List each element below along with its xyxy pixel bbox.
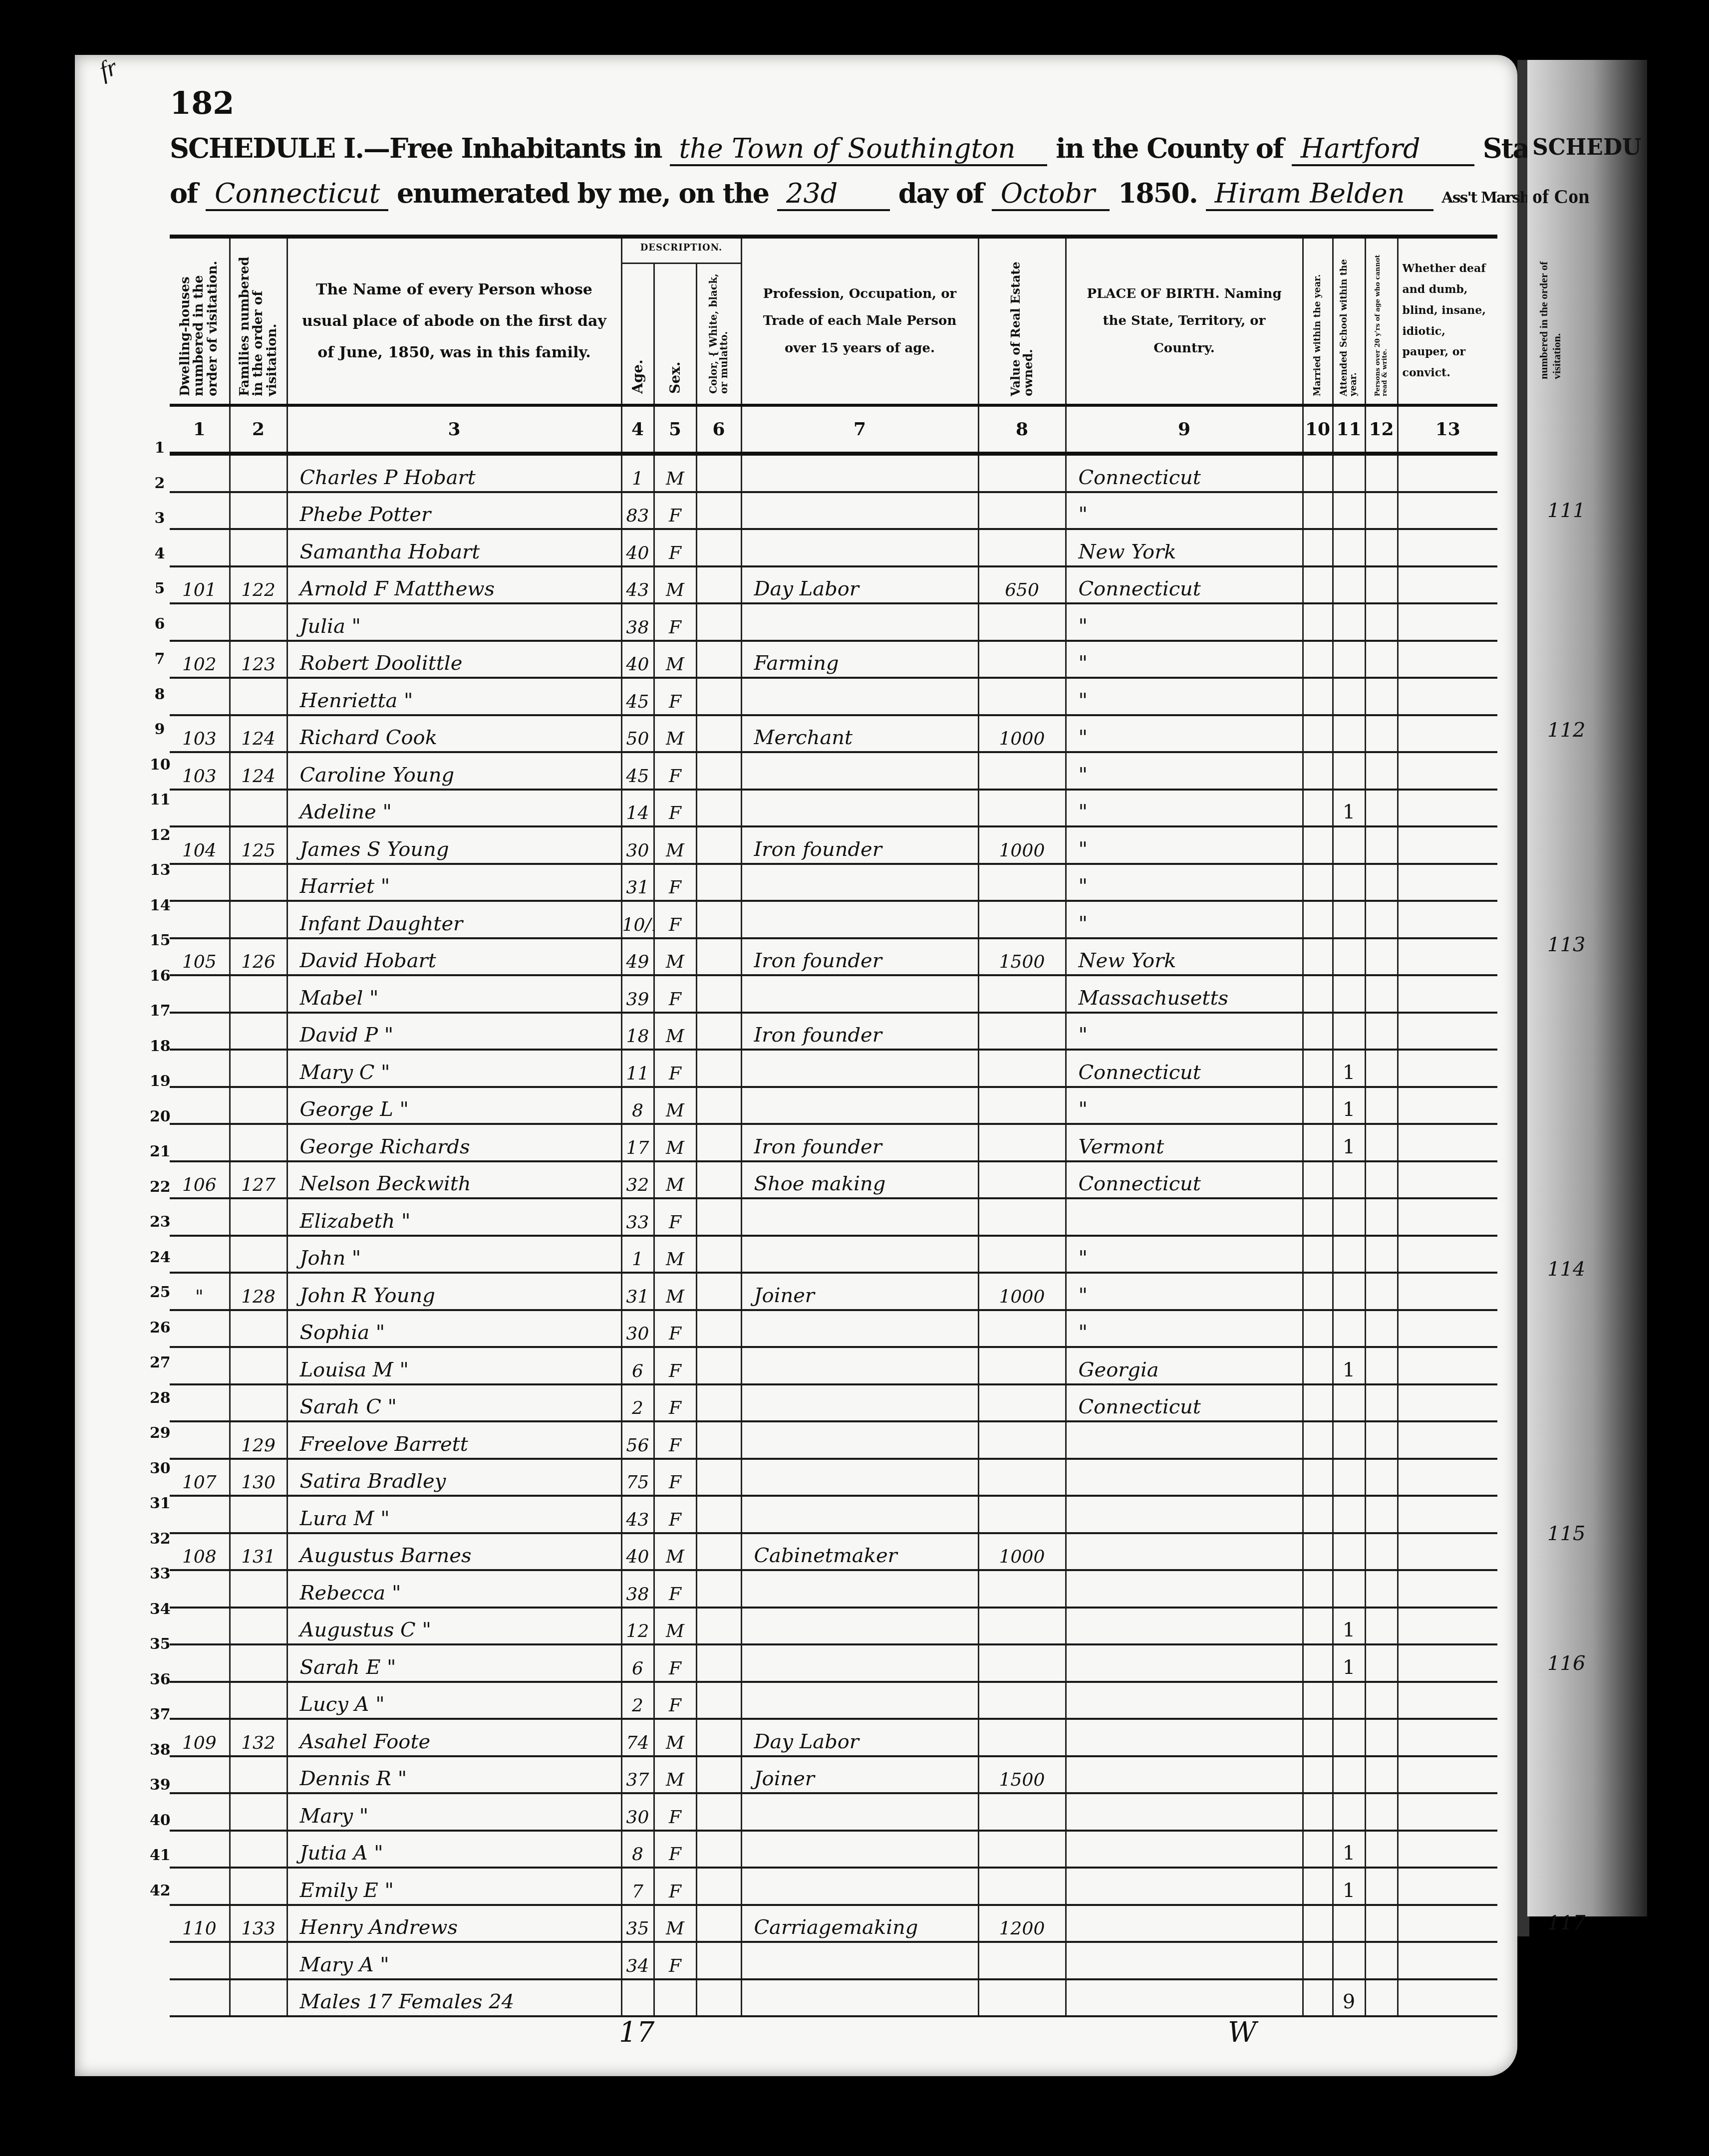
of-label: of [170,177,197,209]
family-number-cell [230,1124,287,1161]
illiterate-mark-cell [1365,1050,1398,1087]
real-estate-value-cell [978,1979,1066,2017]
married-mark-cell [1303,1533,1333,1571]
illiterate-mark-cell [1365,752,1398,790]
sex-cell: M [654,1608,696,1645]
table-row: George Richards17MIron founderVermont1 [170,1124,1497,1161]
color-cell [696,1198,741,1236]
illiterate-mark-cell [1365,1161,1398,1199]
adjacent-page-strip: SCHEDU of Con numbered in the order of v… [1527,60,1647,1916]
age-cell: 40 [621,529,654,566]
age-cell: 8 [621,1831,654,1868]
birthplace-cell [1066,1682,1303,1719]
real-estate-value-cell [978,1347,1066,1384]
line-number: 18 [150,1038,170,1073]
line-number: 38 [150,1741,170,1777]
sex-cell: M [654,566,696,604]
family-number-cell: 128 [230,1273,287,1310]
married-mark-cell [1303,938,1333,976]
occupation-cell [741,1831,978,1868]
disability-cell [1398,454,1497,492]
age-cell: 39 [621,975,654,1013]
age-cell: 31 [621,864,654,901]
dwelling-number-cell [170,1942,230,1979]
illiterate-mark-cell [1365,1087,1398,1124]
family-number-cell [230,1942,287,1979]
person-name-cell: Richard Cook [287,715,621,753]
illiterate-mark-cell [1365,641,1398,678]
married-mark-cell [1303,1087,1333,1124]
color-cell [696,1347,741,1384]
real-estate-value-cell [978,1384,1066,1422]
occupation-cell [741,1496,978,1533]
table-row: Phebe Potter83F" [170,492,1497,530]
color-cell [696,1087,741,1124]
color-cell [696,1496,741,1533]
sex-cell: F [654,1644,696,1682]
disability-cell [1398,603,1497,641]
illiterate-mark-cell [1365,1608,1398,1645]
enumerated-label: enumerated by me, on the [397,177,769,209]
line-number: 12 [150,826,170,862]
line-number: 7 [150,650,170,686]
color-cell [696,1644,741,1682]
color-cell [696,1793,741,1831]
family-number-cell [230,678,287,715]
family-number-cell: 127 [230,1161,287,1199]
birthplace-cell [1066,1979,1303,2017]
occupation-cell [741,790,978,827]
person-name-cell: Lura M " [287,1496,621,1533]
birthplace-cell: " [1066,1013,1303,1050]
birthplace-cell: Connecticut [1066,1161,1303,1199]
color-cell [696,1421,741,1459]
married-mark-cell [1303,1236,1333,1273]
age-cell: 75 [621,1459,654,1496]
disability-cell [1398,1868,1497,1905]
dwelling-number-cell: " [170,1273,230,1310]
header-birthplace: PLACE OF BIRTH. Naming the State, Territ… [1066,237,1303,405]
family-number-cell [230,1347,287,1384]
sex-cell: F [654,864,696,901]
disability-cell [1398,1161,1497,1199]
disability-cell [1398,1831,1497,1868]
married-mark-cell [1303,1050,1333,1087]
school-mark-cell [1333,1793,1365,1831]
disability-cell [1398,1979,1497,2017]
adjacent-dwelling-number: 115 [1547,1522,1585,1545]
dwelling-number-cell [170,1793,230,1831]
dwelling-number-cell: 104 [170,826,230,864]
dwelling-number-cell [170,678,230,715]
real-estate-value-cell [978,1942,1066,1979]
married-mark-cell [1303,1682,1333,1719]
sex-cell: M [654,1161,696,1199]
table-row: Lucy A "2F [170,1682,1497,1719]
school-mark-cell [1333,454,1365,492]
birthplace-cell: " [1066,1310,1303,1347]
month-field: Octobr [992,178,1110,211]
disability-cell [1398,1124,1497,1161]
family-number-cell [230,1682,287,1719]
line-number: 5 [150,580,170,615]
school-mark-cell: 1 [1333,1868,1365,1905]
illiterate-mark-cell [1365,1013,1398,1050]
dwelling-number-cell: 102 [170,641,230,678]
married-mark-cell [1303,1273,1333,1310]
occupation-cell [741,1236,978,1273]
adjacent-header-fragment: numbered in the order of visitation. [1537,250,1563,379]
page-number: 182 [170,85,234,121]
real-estate-value-cell [978,1459,1066,1496]
age-cell: 30 [621,1793,654,1831]
school-mark-cell [1333,1756,1365,1794]
disability-cell [1398,566,1497,604]
person-name-cell: Adeline " [287,790,621,827]
table-row: Adeline "14F"1 [170,790,1497,827]
occupation-cell [741,678,978,715]
color-cell [696,1942,741,1979]
person-name-cell: Sophia " [287,1310,621,1347]
col-num-9: 9 [1066,405,1303,454]
person-name-cell: Phebe Potter [287,492,621,530]
disability-cell [1398,1050,1497,1087]
school-mark-cell [1333,1719,1365,1756]
married-mark-cell [1303,1979,1333,2017]
header-married: Married within the year. [1303,237,1333,405]
family-number-cell [230,1831,287,1868]
family-number-cell [230,1608,287,1645]
family-number-cell: 126 [230,938,287,976]
header-real-estate: Value of Real Estate owned. [978,237,1066,405]
family-number-cell: 124 [230,752,287,790]
dwelling-number-cell [170,529,230,566]
disability-cell [1398,678,1497,715]
description-label: DESCRIPTION. [622,239,741,264]
person-name-cell: Elizabeth " [287,1198,621,1236]
color-cell [696,901,741,938]
sex-cell: M [654,1273,696,1310]
occupation-cell: Joiner [741,1273,978,1310]
person-name-cell: George L " [287,1087,621,1124]
line-number: 1 [150,439,170,475]
illiterate-mark-cell [1365,1719,1398,1756]
disability-cell [1398,1013,1497,1050]
table-row: 105126David Hobart49MIron founder1500New… [170,938,1497,976]
person-name-cell: Caroline Young [287,752,621,790]
person-name-cell: John R Young [287,1273,621,1310]
birthplace-cell [1066,1198,1303,1236]
person-name-cell: David P " [287,1013,621,1050]
illiterate-mark-cell [1365,1236,1398,1273]
disability-cell [1398,1533,1497,1571]
schedule-title-line-1: SCHEDULE I.—Free Inhabitants in the Town… [170,132,1557,166]
illiterate-mark-cell [1365,1905,1398,1942]
occupation-cell: Farming [741,641,978,678]
married-mark-cell [1303,1124,1333,1161]
occupation-cell [741,752,978,790]
birthplace-cell: Connecticut [1066,454,1303,492]
married-mark-cell [1303,454,1333,492]
sex-cell: M [654,1756,696,1794]
occupation-cell [741,603,978,641]
line-number: 25 [150,1284,170,1319]
table-row: "128John R Young31MJoiner1000" [170,1273,1497,1310]
real-estate-value-cell [978,1793,1066,1831]
school-mark-cell [1333,1161,1365,1199]
dwelling-number-cell [170,790,230,827]
real-estate-value-cell [978,1496,1066,1533]
school-mark-cell [1333,566,1365,604]
birthplace-cell: " [1066,641,1303,678]
age-cell: 40 [621,641,654,678]
person-name-cell: David Hobart [287,938,621,976]
occupation-cell [741,1644,978,1682]
age-cell: 50 [621,715,654,753]
real-estate-value-cell [978,1682,1066,1719]
married-mark-cell [1303,529,1333,566]
birthplace-cell: Vermont [1066,1124,1303,1161]
sex-cell [654,1979,696,2017]
day-field: 23d [777,178,890,211]
married-mark-cell [1303,1756,1333,1794]
sex-cell: M [654,1013,696,1050]
header-occupation: Profession, Occupation, or Trade of each… [741,237,978,405]
school-mark-cell [1333,1236,1365,1273]
table-row: Dennis R "37MJoiner1500 [170,1756,1497,1794]
col-num-4: 4 [621,405,654,454]
dwelling-number-cell: 110 [170,1905,230,1942]
real-estate-value-cell [978,678,1066,715]
census-table-wrapper: Dwelling-houses numbered in the order of… [170,235,1497,2017]
sex-cell: M [654,826,696,864]
color-cell [696,1459,741,1496]
real-estate-value-cell [978,975,1066,1013]
dwelling-number-cell [170,1421,230,1459]
dwelling-number-cell: 101 [170,566,230,604]
sex-cell: F [654,1347,696,1384]
table-row: 108131Augustus Barnes40MCabinetmaker1000 [170,1533,1497,1571]
age-cell: 45 [621,752,654,790]
family-number-cell [230,1310,287,1347]
school-mark-cell: 1 [1333,1124,1365,1161]
dwelling-number-cell: 107 [170,1459,230,1496]
header-color: Color, { White, black, or mulatto. [708,264,729,394]
age-cell: 2 [621,1384,654,1422]
state-field: Connecticut [206,178,388,211]
adjacent-dwelling-number: 116 [1547,1652,1585,1675]
disability-cell [1398,1942,1497,1979]
line-number: 34 [150,1601,170,1636]
table-row: 101122Arnold F Matthews43MDay Labor650Co… [170,566,1497,604]
real-estate-value-cell: 1000 [978,1533,1066,1571]
age-cell: 1 [621,1236,654,1273]
family-number-cell [230,1013,287,1050]
adjacent-dwelling-number: 111 [1547,499,1585,522]
family-number-cell: 131 [230,1533,287,1571]
school-mark-cell [1333,826,1365,864]
married-mark-cell [1303,1496,1333,1533]
disability-cell [1398,1459,1497,1496]
real-estate-value-cell [978,603,1066,641]
school-mark-cell [1333,492,1365,530]
day-of-label: day of [898,177,983,209]
school-mark-cell [1333,752,1365,790]
family-number-cell [230,901,287,938]
table-row: Males 17 Females 249 [170,1979,1497,2017]
birthplace-cell [1066,1793,1303,1831]
sex-cell: M [654,1236,696,1273]
disability-cell [1398,1421,1497,1459]
header-sex: Sex. [668,264,682,394]
illiterate-mark-cell [1365,678,1398,715]
disability-cell [1398,1384,1497,1422]
disability-cell [1398,975,1497,1013]
line-number: 33 [150,1565,170,1601]
table-row: Sarah E "6F1 [170,1644,1497,1682]
illiterate-mark-cell [1365,1756,1398,1794]
illiterate-mark-cell [1365,1942,1398,1979]
sex-cell: F [654,529,696,566]
real-estate-value-cell [978,790,1066,827]
color-cell [696,566,741,604]
birthplace-cell: " [1066,1087,1303,1124]
table-row: Henrietta "45F" [170,678,1497,715]
age-cell: 37 [621,1756,654,1794]
table-row: 109132Asahel Foote74MDay Labor [170,1719,1497,1756]
person-name-cell: Mary " [287,1793,621,1831]
real-estate-value-cell [978,1831,1066,1868]
birthplace-cell [1066,1459,1303,1496]
line-number: 4 [150,545,170,580]
column-number-row: 1 2 3 4 5 6 7 8 9 10 11 12 13 [170,405,1497,454]
line-number: 35 [150,1635,170,1671]
line-number: 41 [150,1847,170,1882]
person-name-cell: Augustus C " [287,1608,621,1645]
married-mark-cell [1303,492,1333,530]
color-cell [696,1719,741,1756]
married-mark-cell [1303,1421,1333,1459]
real-estate-value-cell [978,1644,1066,1682]
color-cell [696,454,741,492]
color-cell [696,1124,741,1161]
col-num-13: 13 [1398,405,1497,454]
disability-cell [1398,1756,1497,1794]
person-name-cell: Jutia A " [287,1831,621,1868]
occupation-cell [741,975,978,1013]
table-row: 107130Satira Bradley75F [170,1459,1497,1496]
adjacent-title-fragment: SCHEDU [1532,135,1641,160]
occupation-cell [741,1459,978,1496]
color-cell [696,1050,741,1087]
col-num-7: 7 [741,405,978,454]
line-number: 42 [150,1882,170,1917]
line-number: 29 [150,1424,170,1460]
occupation-cell [741,1421,978,1459]
table-row: Sarah C "2FConnecticut [170,1384,1497,1422]
birthplace-cell [1066,1942,1303,1979]
color-cell [696,1013,741,1050]
person-name-cell: Dennis R " [287,1756,621,1794]
sex-cell: F [654,1421,696,1459]
dwelling-number-cell [170,1087,230,1124]
line-number: 11 [150,791,170,826]
married-mark-cell [1303,1719,1333,1756]
line-number: 6 [150,615,170,651]
age-cell: 49 [621,938,654,976]
married-mark-cell [1303,864,1333,901]
line-number: 17 [150,1002,170,1038]
person-name-cell: Males 17 Females 24 [287,1979,621,2017]
sex-cell: F [654,752,696,790]
illiterate-mark-cell [1365,864,1398,901]
dwelling-number-cell [170,1868,230,1905]
sex-cell: M [654,1905,696,1942]
header-description-group: DESCRIPTION. Age. Sex. Color, { White, b… [621,237,741,405]
school-mark-cell [1333,1384,1365,1422]
real-estate-value-cell [978,529,1066,566]
school-mark-cell [1333,938,1365,976]
married-mark-cell [1303,1347,1333,1384]
line-number: 8 [150,686,170,721]
age-cell: 43 [621,1496,654,1533]
disability-cell [1398,1310,1497,1347]
family-number-cell: 130 [230,1459,287,1496]
table-row: Mary A "34F [170,1942,1497,1979]
color-cell [696,1682,741,1719]
occupation-cell [741,1682,978,1719]
married-mark-cell [1303,752,1333,790]
disability-cell [1398,641,1497,678]
line-number: 9 [150,721,170,756]
married-mark-cell [1303,641,1333,678]
birthplace-cell [1066,1533,1303,1571]
family-number-cell [230,1384,287,1422]
person-name-cell: James S Young [287,826,621,864]
table-row: Rebecca "38F [170,1570,1497,1608]
disability-cell [1398,1719,1497,1756]
birthplace-cell: New York [1066,529,1303,566]
illiterate-mark-cell [1365,790,1398,827]
illiterate-mark-cell [1365,975,1398,1013]
sex-cell: M [654,1533,696,1571]
illiterate-mark-cell [1365,529,1398,566]
line-number: 21 [150,1143,170,1178]
person-name-cell: Samantha Hobart [287,529,621,566]
illiterate-mark-cell [1365,1496,1398,1533]
age-cell: 40 [621,1533,654,1571]
dwelling-number-cell: 105 [170,938,230,976]
family-number-cell [230,1236,287,1273]
person-name-cell: Julia " [287,603,621,641]
line-number: 2 [150,475,170,510]
person-name-cell: Harriet " [287,864,621,901]
illiterate-mark-cell [1365,826,1398,864]
illiterate-mark-cell [1365,715,1398,753]
adjacent-state-fragment: of Con [1532,185,1589,208]
family-number-cell [230,1496,287,1533]
family-number-cell [230,1979,287,2017]
birthplace-cell: Georgia [1066,1347,1303,1384]
birthplace-cell [1066,1719,1303,1756]
real-estate-value-cell [978,1236,1066,1273]
married-mark-cell [1303,826,1333,864]
sex-cell: F [654,603,696,641]
table-row: Elizabeth "33F [170,1198,1497,1236]
color-cell [696,678,741,715]
real-estate-value-cell [978,864,1066,901]
family-number-cell [230,864,287,901]
